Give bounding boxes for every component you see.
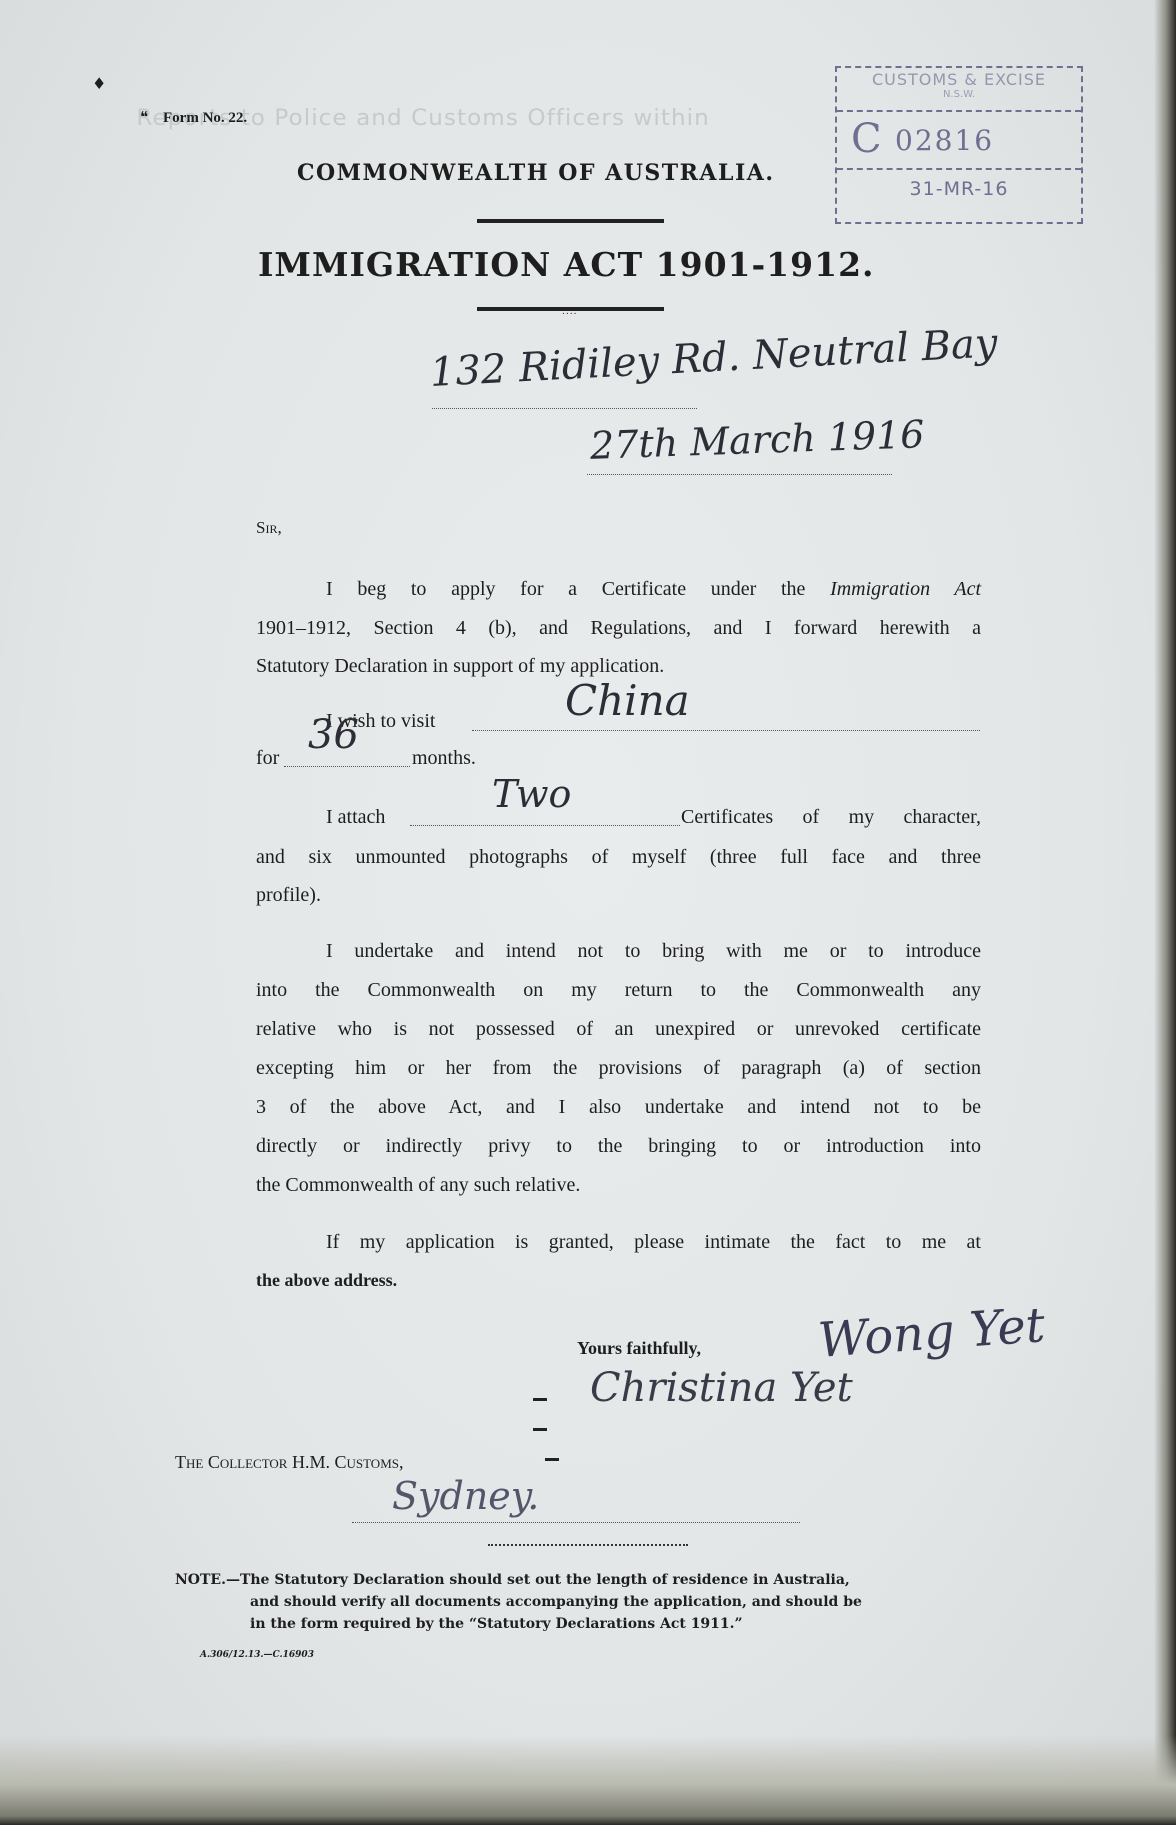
months-prefix: for xyxy=(256,747,279,770)
attach-line-2: and six unmounted photographs of myself … xyxy=(256,846,981,869)
granted-line: the above address. xyxy=(256,1270,981,1291)
p1-italic-act: Immigration Act xyxy=(830,578,981,600)
undertaking-line: I undertake and intend not to bring with… xyxy=(256,940,981,963)
paragraph-1-line-1: I beg to apply for a Certificate under t… xyxy=(256,578,981,601)
stamp-top-line: CUSTOMS & EXCISE xyxy=(837,70,1081,89)
date-dotted-line xyxy=(587,474,892,475)
note-line-3: in the form required by the “Statutory D… xyxy=(250,1616,743,1632)
document-page: Reports to Police and Customs Officers w… xyxy=(0,0,1176,1825)
printer-imprint: A.306/12.13.—C.16903 xyxy=(200,1650,314,1660)
certificates-count-value: Two xyxy=(492,772,571,816)
title-rule-top xyxy=(477,219,664,223)
undertaking-line: 3 of the above Act, and I also undertake… xyxy=(256,1096,981,1119)
page-bottom-wear xyxy=(0,1735,1176,1825)
signature-wong-yet: Wong Yet xyxy=(816,1297,1046,1369)
months-suffix: months. xyxy=(412,747,476,770)
handwritten-address: 132 Ridiley Rd. Neutral Bay xyxy=(429,320,999,396)
collector-location: Sydney. xyxy=(392,1474,539,1518)
dash-mark xyxy=(545,1458,559,1461)
undertaking-line: into the Commonwealth on my return to th… xyxy=(256,979,981,1002)
page-edge-shadow xyxy=(1154,0,1176,1825)
dash-mark xyxy=(533,1428,547,1431)
salutation: Sir, xyxy=(256,518,282,538)
p1-text: I beg to apply for a Certificate under t… xyxy=(326,578,805,600)
months-field-line[interactable] xyxy=(284,766,410,767)
attach-suffix: Certificates of my character, xyxy=(681,806,981,829)
stamp-number: 02816 xyxy=(895,124,994,157)
undertaking-line: directly or indirectly privy to the brin… xyxy=(256,1135,981,1158)
attach-line-3: profile). xyxy=(256,884,981,907)
months-value: 36 xyxy=(308,712,359,758)
location-dotted-line xyxy=(352,1522,800,1523)
attach-prefix: I attach xyxy=(326,806,385,829)
paragraph-1-line-3: Statutory Declaration in support of my a… xyxy=(256,655,981,678)
visit-destination-value: China xyxy=(565,676,690,725)
dash-mark xyxy=(533,1398,547,1401)
note-line-1: NOTE.—The Statutory Declaration should s… xyxy=(175,1572,850,1588)
stamp-sub-line: N.S.W. xyxy=(837,89,1081,100)
wavy-ornament xyxy=(488,1538,688,1546)
form-number: Form No. 22. xyxy=(163,110,247,127)
ink-mark: ❝ xyxy=(140,108,148,126)
address-dotted-line xyxy=(432,408,697,409)
country-heading: COMMONWEALTH OF AUSTRALIA. xyxy=(297,160,775,186)
paragraph-1-line-2: 1901–1912, Section 4 (b), and Regulation… xyxy=(256,617,981,640)
stamp-date: 31-MR-16 xyxy=(837,178,1081,200)
ornament: .... xyxy=(562,307,577,317)
granted-line: If my application is granted, please int… xyxy=(256,1231,981,1254)
undertaking-line: the Commonwealth of any such relative. xyxy=(256,1174,981,1197)
act-title: IMMIGRATION ACT 1901-1912. xyxy=(258,245,875,284)
note-line-2: and should verify all documents accompan… xyxy=(250,1594,862,1610)
addressee: The Collector H.M. Customs, xyxy=(175,1452,404,1473)
stamp-prefix: C xyxy=(851,116,882,162)
ink-mark: ♦ xyxy=(92,74,106,93)
signature-christina-yet: Christina Yet xyxy=(590,1365,853,1411)
undertaking-line: excepting him or her from the provisions… xyxy=(256,1057,981,1080)
closing: Yours faithfully, xyxy=(577,1338,701,1359)
visit-field-line[interactable] xyxy=(472,730,980,731)
customs-received-stamp: CUSTOMS & EXCISE N.S.W. C 02816 31-MR-16 xyxy=(835,66,1083,224)
attach-field-line[interactable] xyxy=(410,825,680,826)
undertaking-line: relative who is not possessed of an unex… xyxy=(256,1018,981,1041)
handwritten-date: 27th March 1916 xyxy=(589,412,925,468)
